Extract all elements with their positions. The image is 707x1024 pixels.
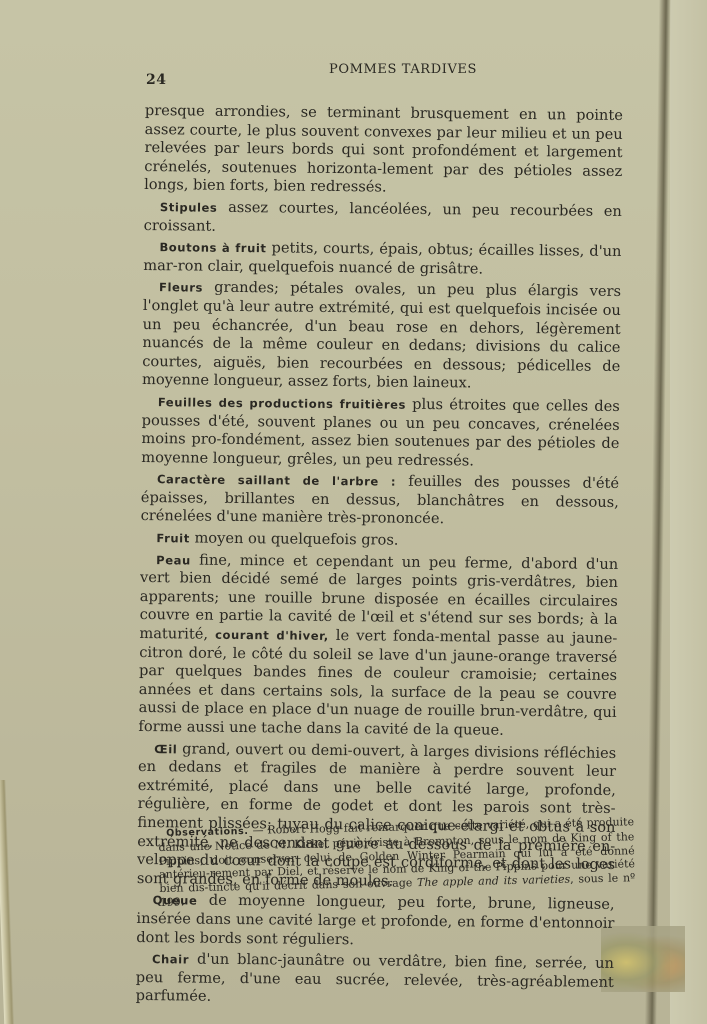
paragraph-lead: Chair: [152, 952, 189, 966]
paragraph-text: grandes; pétales ovales, un peu plus éla…: [142, 279, 621, 392]
paragraph-chair: Chair d'un blanc-jaunâtre ou verdâtre, b…: [136, 950, 615, 1011]
paragraph-caractere: Caractère saillant de l'arbre : feuilles…: [141, 470, 620, 531]
paragraph-boutons: Boutons à fruit petits, courts, épais, o…: [143, 238, 621, 280]
observations-note: Observations. — Robert Hogg fait remarqu…: [158, 815, 636, 910]
page-gutter-shadow: [645, 0, 671, 1024]
paragraph-lead: Feuilles des productions fruitières: [158, 395, 406, 412]
paragraph-lead: Caractère saillant de l'arbre :: [157, 472, 396, 489]
paragraph-text: presque arrondies, se terminant brusquem…: [144, 102, 623, 196]
book-left-edge: [0, 780, 14, 1024]
paragraph-fruit: Fruit moyen ou quelquefois gros.: [140, 529, 618, 553]
paragraph-feuilles: Feuilles des productions fruitières plus…: [141, 393, 620, 472]
paragraph-text: d'un blanc-jaunâtre ou verdâtre, bien fi…: [136, 951, 615, 1005]
running-title: POMMES TARDIVES: [329, 62, 477, 77]
paragraph-lead: Boutons à fruit: [159, 240, 266, 255]
page-header: 24 POMMES TARDIVES: [143, 60, 623, 90]
paragraph-lead: Peau: [156, 553, 191, 567]
inline-bold-term: courant d'hiver,: [215, 628, 329, 643]
paragraph-lead: Fleurs: [159, 281, 203, 295]
paragraph-peau: Peau fine, mince et cependant un peu fer…: [138, 551, 618, 742]
page-number: 24: [146, 72, 166, 88]
paragraph-leaves-continued: presque arrondies, se terminant brusquem…: [144, 102, 623, 200]
book-title-italic: The apple and its varieties: [417, 873, 570, 889]
paragraph-fleurs: Fleurs grandes; pétales ovales, un peu p…: [142, 278, 621, 395]
paragraph-lead: Œil: [154, 742, 177, 756]
paragraph-stipules: Stipules assez courtes, lancéolées, un p…: [144, 198, 622, 240]
note-lead: Observations.: [166, 826, 249, 839]
adjacent-page-strip: [670, 0, 707, 1024]
paragraph-lead: Fruit: [156, 531, 190, 545]
paragraph-lead: Stipules: [160, 200, 218, 215]
paragraph-text: le vert fonda-mental passe au jaune-citr…: [138, 627, 617, 739]
paragraph-text: moyen ou quelquefois gros.: [190, 530, 399, 549]
